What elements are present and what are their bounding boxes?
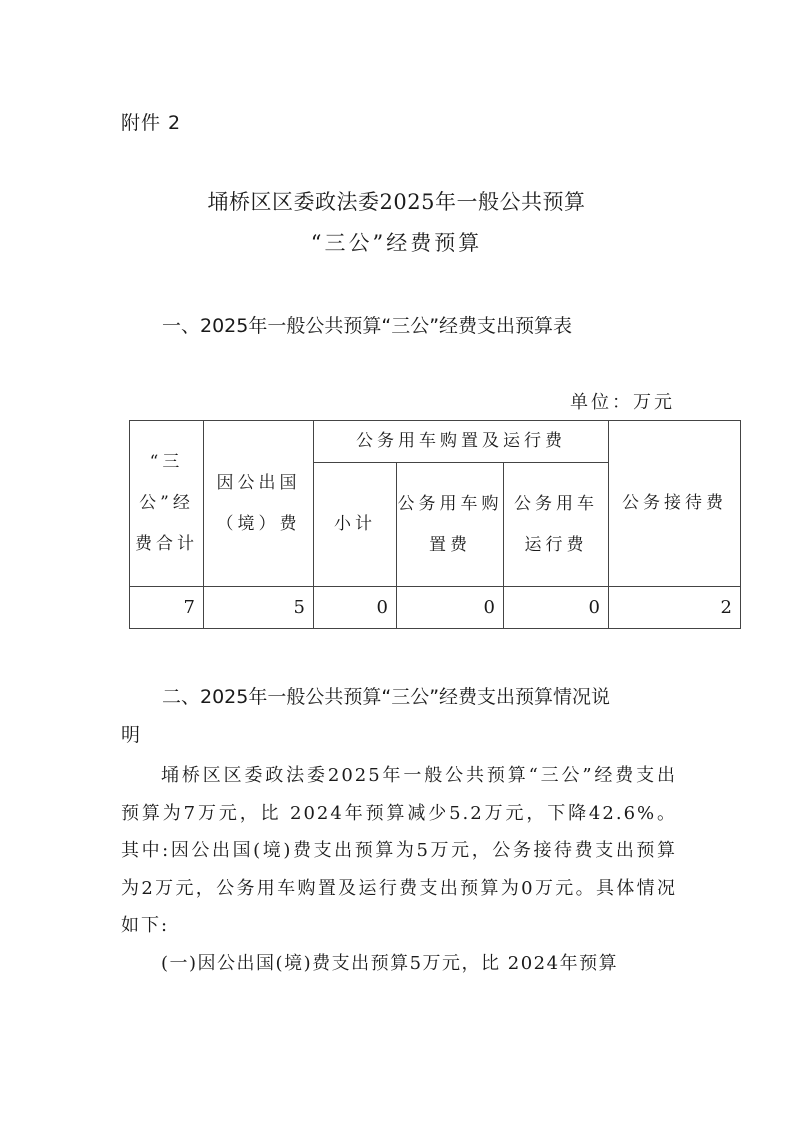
header-total: “三公”经费合计 xyxy=(130,421,204,587)
document-title-line2: “三公”经费预算 xyxy=(0,227,793,257)
header-vehicle-subtotal: 小计 xyxy=(314,463,397,587)
cell-reception: 2 xyxy=(609,587,741,629)
cell-vehicle-subtotal: 0 xyxy=(314,587,397,629)
header-vehicle-purchase: 公务用车购置费 xyxy=(397,463,504,587)
cell-vehicle-purchase: 0 xyxy=(397,587,504,629)
cell-vehicle-operation: 0 xyxy=(504,587,609,629)
section2-heading: 二、2025年一般公共预算“三公”经费支出预算情况说 xyxy=(162,682,610,709)
header-vehicle-operation: 公务用车运行费 xyxy=(504,463,609,587)
table-header-row-1: “三公”经费合计 因公出国（境）费 公务用车购置及运行费 公务接待费 xyxy=(130,421,741,463)
table-row: 7 5 0 0 0 2 xyxy=(130,587,741,629)
budget-table: “三公”经费合计 因公出国（境）费 公务用车购置及运行费 公务接待费 小计 公务… xyxy=(129,420,741,629)
unit-label: 单位：万元 xyxy=(570,388,675,414)
cell-total: 7 xyxy=(130,587,204,629)
section1-heading: 一、2025年一般公共预算“三公”经费支出预算表 xyxy=(162,311,572,338)
cell-overseas: 5 xyxy=(204,587,314,629)
header-overseas: 因公出国（境）费 xyxy=(204,421,314,587)
header-vehicle-group: 公务用车购置及运行费 xyxy=(314,421,609,463)
section2-heading-continued: 明 xyxy=(121,720,140,747)
body-paragraph-overseas: (一)因公出国(境)费支出预算5万元，比 2024年预算 xyxy=(121,945,677,983)
document-title-line1: 埇桥区区委政法委2025年一般公共预算 xyxy=(0,186,793,216)
header-reception: 公务接待费 xyxy=(609,421,741,587)
attachment-label: 附件 2 xyxy=(121,108,181,135)
body-paragraph-summary: 埇桥区区委政法委2025年一般公共预算“三公”经费支出预算为7万元，比 2024… xyxy=(121,757,677,945)
